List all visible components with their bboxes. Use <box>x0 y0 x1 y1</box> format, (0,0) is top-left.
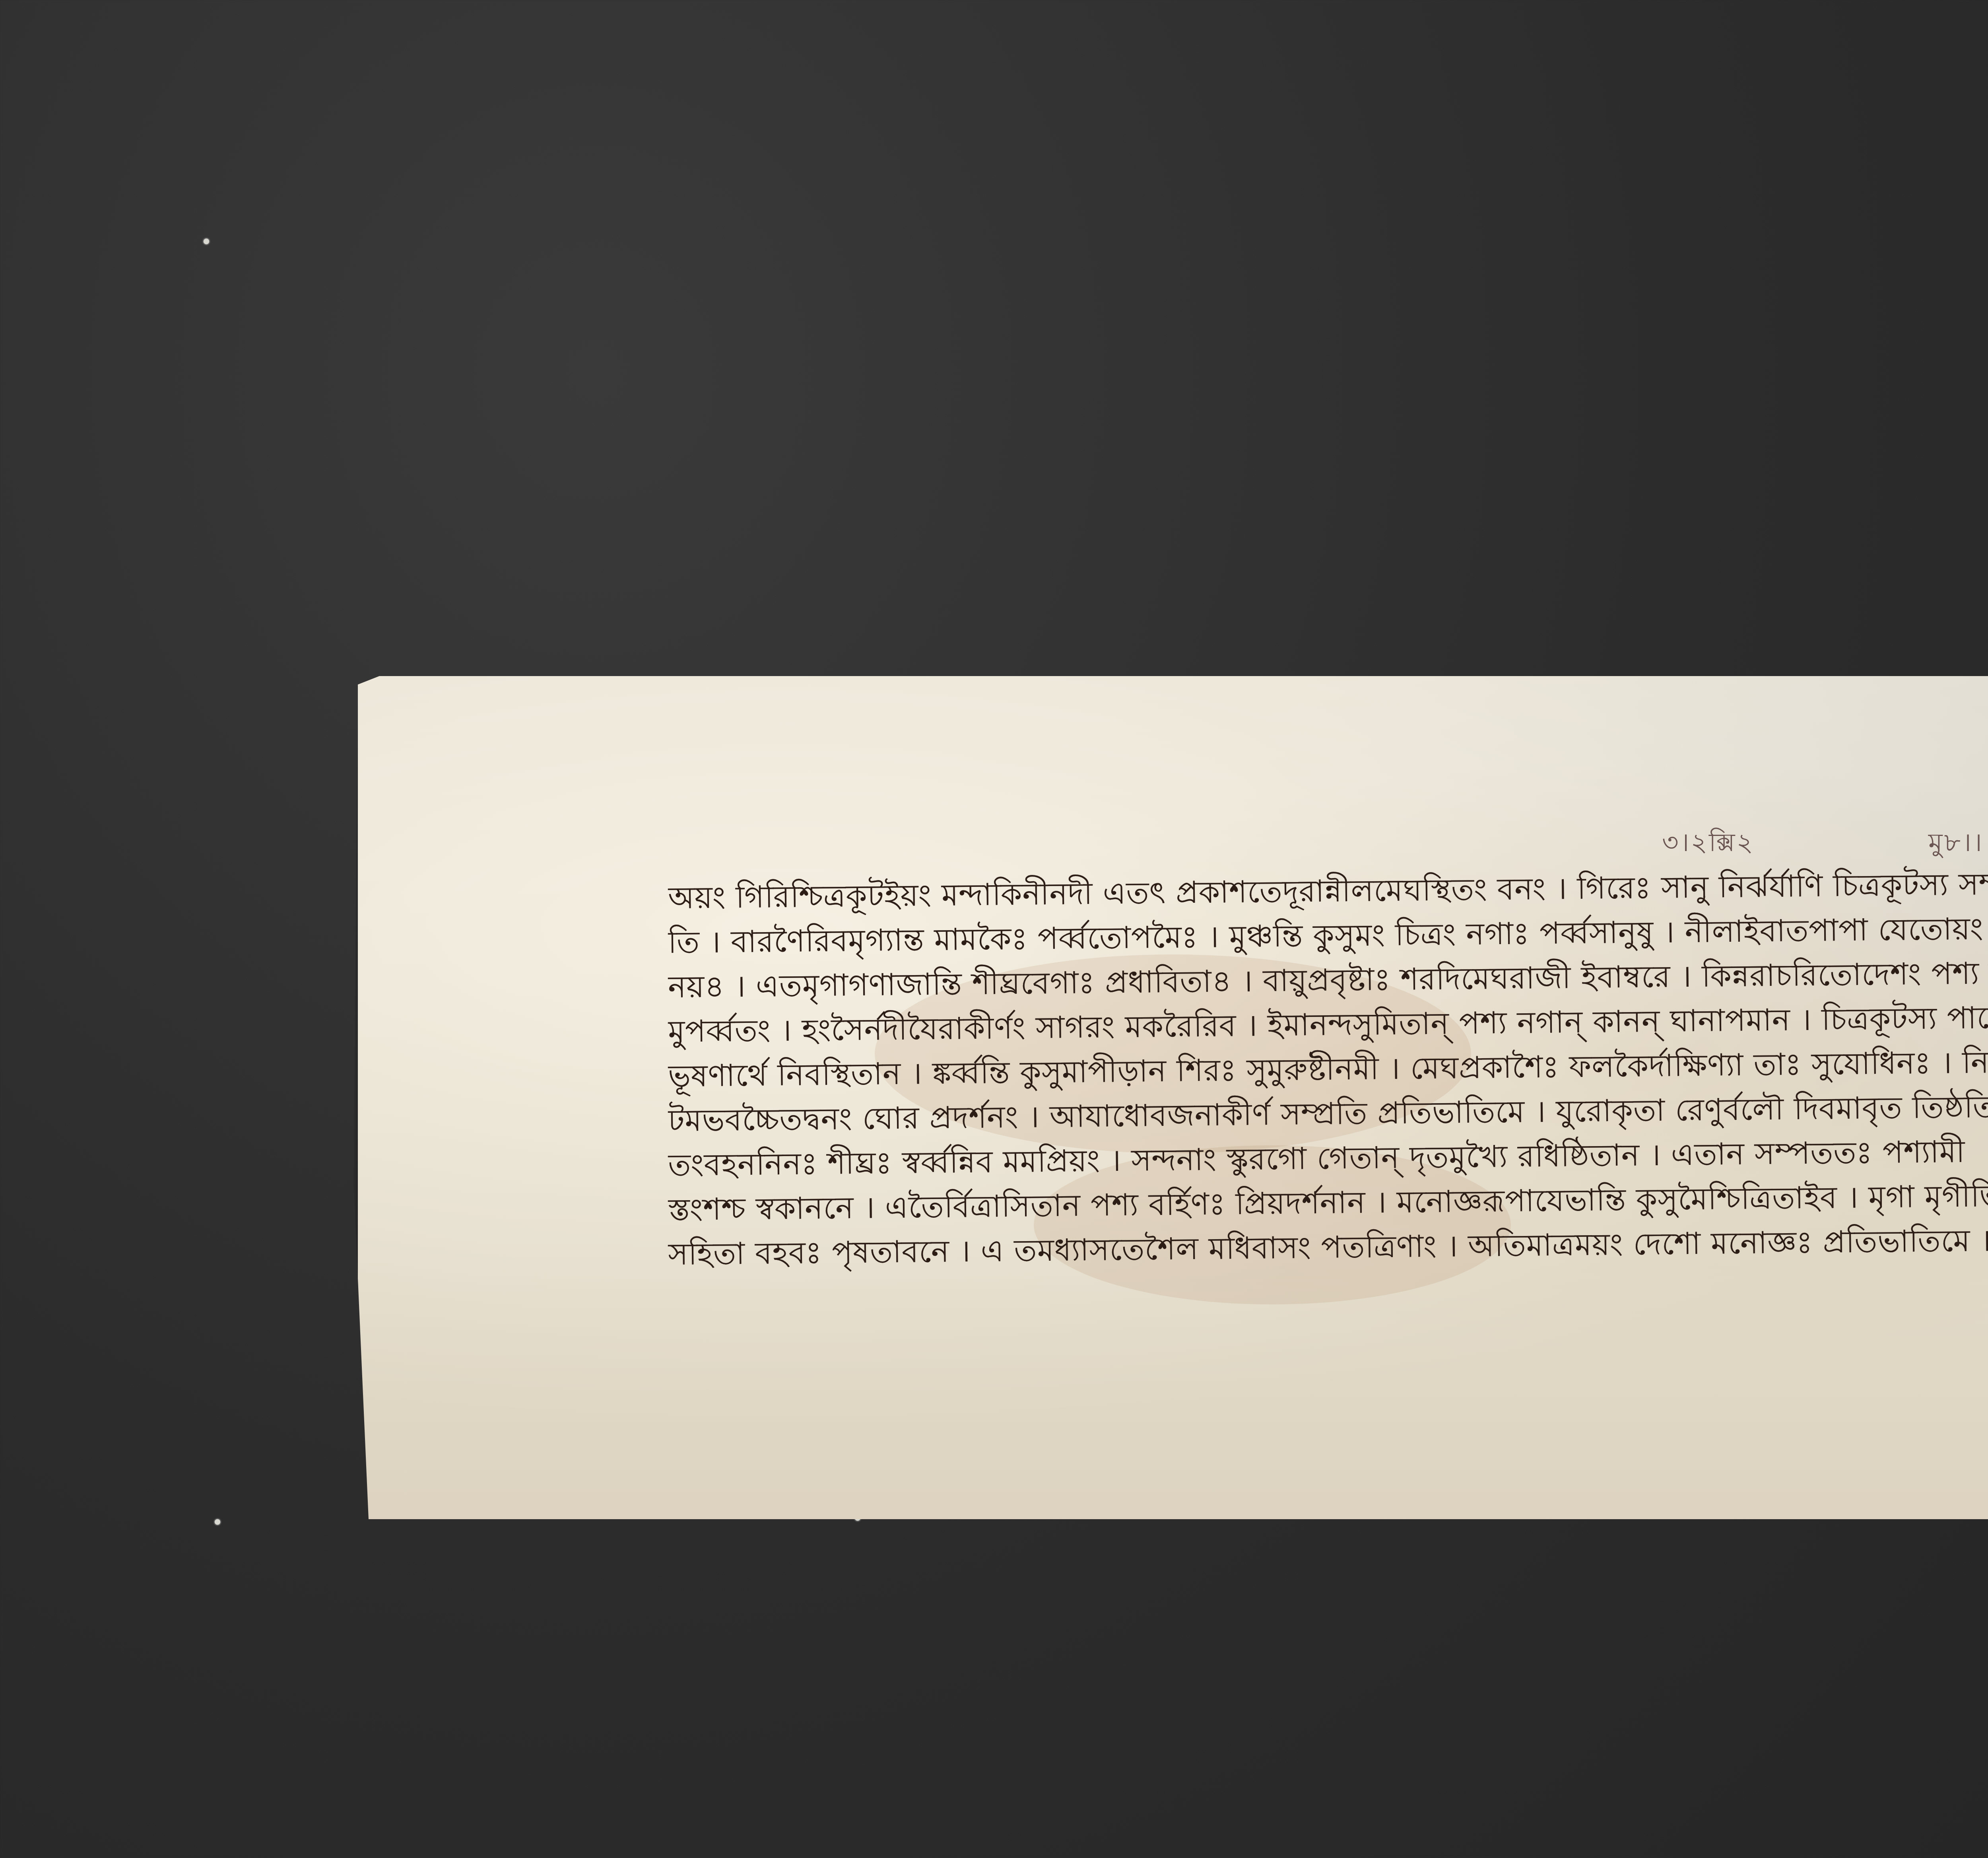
dust-speck <box>204 239 209 244</box>
manuscript-text: অয়ং গিরিশ্চিত্রকূটইয়ং মন্দাকিনীনদী এতৎ… <box>668 867 1988 1268</box>
dust-speck <box>215 1519 220 1525</box>
manuscript-folio: ৩।২ক্সি২ মু৮।। অয়ং গিরিশ্চিত্রকূটইয়ং ম… <box>358 676 1988 1519</box>
margin-note-folio-label: ৩।২ক্সি২ <box>1662 823 1755 866</box>
margin-note-folio-number: মু৮।। <box>1928 823 1984 866</box>
